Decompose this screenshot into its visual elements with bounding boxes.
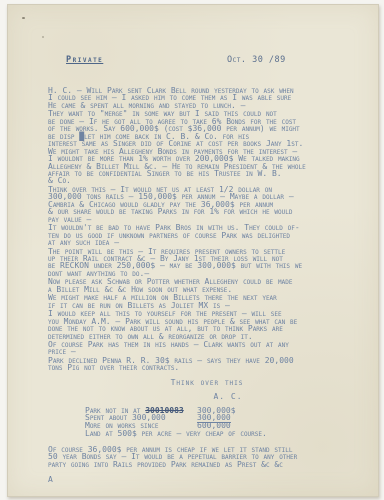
figures-table: Park not in at 30010083300,000$ Spent ab… — [85, 407, 366, 430]
table-row-label: More on works since — [85, 422, 197, 429]
letter-paragraph: Park declined Penna R. R. 30$ rails – sa… — [48, 357, 366, 372]
letter-paragraph: I would keep all this to yourself for th… — [48, 310, 366, 340]
letter-paragraph: Of course Park has them in his hands – C… — [48, 341, 366, 356]
signature-initial: A — [48, 476, 366, 483]
letter-body: H. C. – Will Park sent Clark Bell round … — [48, 87, 366, 484]
closing-paragraph: Of course 36,000$ per annum is cheap if … — [48, 446, 366, 468]
letter-paragraph: We might make half a million on Billets … — [48, 294, 366, 309]
letter-paragraph: It wouldn't be bad to have Park Bros in … — [48, 224, 366, 246]
table-row-value: 600,000 — [197, 422, 231, 429]
paper-speck — [22, 17, 25, 19]
letter-paragraph: Think over this – It would net us at lea… — [48, 186, 366, 223]
letter-paragraph: The point will be this – It requires pre… — [48, 248, 366, 278]
paper-speck — [42, 36, 44, 38]
letter-date: Oct. 30 /89 — [227, 55, 286, 65]
letter-paragraph: H. C. – Will Park sent Clark Bell round … — [48, 87, 366, 109]
letter-paragraph: Now please ask Schwab or Potter whether … — [48, 278, 366, 293]
centered-note: Think over this — [48, 379, 366, 386]
classification-label: Private — [66, 55, 103, 65]
table-row: More on works since600,000 — [85, 422, 366, 430]
table-note: Land at 500$ per acre – very cheap of co… — [85, 430, 366, 437]
scanned-letter: Private Oct. 30 /89 H. C. – Will Park se… — [0, 0, 384, 500]
letter-paper: Private Oct. 30 /89 H. C. – Will Park se… — [7, 4, 379, 497]
letter-paragraph: They want to "merge" in some way but I s… — [48, 110, 366, 185]
signature-initials: A. C. — [48, 393, 366, 400]
